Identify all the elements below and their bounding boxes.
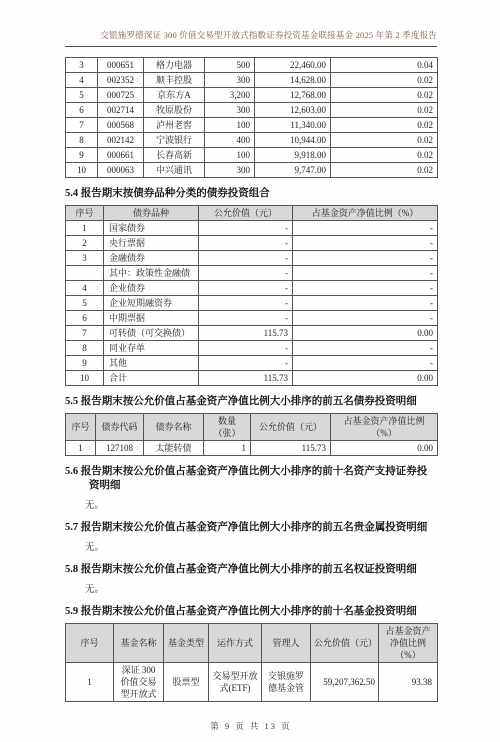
table-cell: 企业短期融资券 [104,296,199,311]
table-cell: 可转债（可交换债） [104,326,199,341]
table-row: 5企业短期融资券-- [66,296,438,311]
table-cell: 0.00 [293,371,438,386]
table-cell: 太能转债 [144,441,204,456]
table-row: 8同业存单-- [66,341,438,356]
table-cell: 金融债券 [104,251,199,266]
table-cell: 115.73 [199,326,293,341]
section-5-6-none: 无。 [85,497,437,511]
table-cell: 长春高新 [144,148,205,163]
column-header: 管理人 [262,624,311,663]
table-cell: - [199,266,293,281]
table-cell: 300 [205,73,255,88]
table-row: 9000661长春高新1009,918.000.02 [66,148,438,163]
column-header: 序号 [66,624,114,663]
section-5-7-title: 5.7 报告期末按公允价值占基金资产净值比例大小排序的前五名贵金属投资明细 [65,521,437,535]
section-5-9-title: 5.9 报告期末按公允价值占基金资产净值比例大小排序的前十名基金投资明细 [65,605,437,619]
table-cell [66,266,104,281]
column-header: 债券名称 [144,414,204,441]
table-cell: 其中：政策性金融债 [104,266,199,281]
table-cell: 115.73 [199,371,293,386]
table-cell: 0.02 [331,163,438,178]
table-row: 6中期票据-- [66,311,438,326]
table-cell: - [199,221,293,236]
table-cell: 国家债券 [104,221,199,236]
table-row: 4002352顺丰控股30014,628.000.02 [66,73,438,88]
table-cell: 9 [66,148,98,163]
table-cell: - [293,311,438,326]
table-cell: 12,603.00 [255,103,331,118]
table-cell: 3 [66,58,98,73]
table-cell: 93.38 [379,663,438,702]
section-5-8-title: 5.8 报告期末按公允价值占基金资产净值比例大小排序的前五名权证投资明细 [65,563,437,577]
table-cell: 1 [66,663,114,702]
table-cell: 牧原股份 [144,103,205,118]
table-cell: 9,918.00 [255,148,331,163]
column-header: 基金名称 [114,624,164,663]
table-cell: 交易型开放式(ETF) [209,663,262,702]
table-row: 8002142宁波银行40010,944.000.02 [66,133,438,148]
table-cell: 3,200 [205,88,255,103]
section-5-6-title: 5.6 报告期末按公允价值占基金资产净值比例大小排序的前十名资产支持证券投资明细 [65,465,437,493]
table-cell: 000661 [98,148,144,163]
table-cell: 300 [205,103,255,118]
table-row: 10合计115.730.00 [66,371,438,386]
table-cell: 000568 [98,118,144,133]
table-row: 10000063中兴通讯3009,747.000.02 [66,163,438,178]
table-cell: 交银施罗德基金管 [262,663,311,702]
table-cell: 4 [66,281,104,296]
table-row: 6002714牧原股份30012,603.000.02 [66,103,438,118]
fund-investment-table: 序号基金名称基金类型运作方式管理人公允价值（元）占基金资产净值比例（%）1深证 … [65,623,438,702]
table-cell: 中期票据 [104,311,199,326]
table-cell: 宁波银行 [144,133,205,148]
table-cell: 127108 [96,441,144,456]
table-cell: - [199,236,293,251]
table-cell: 1 [204,441,251,456]
table-cell: 10 [66,163,98,178]
table-cell: 4 [66,73,98,88]
table-cell: 0.02 [331,148,438,163]
column-header: 占基金资产净值比例（%） [293,206,438,221]
table-cell: 深证 300 价值交易型开放式 [114,663,164,702]
table-cell: - [293,251,438,266]
table-row: 1国家债券-- [66,221,438,236]
table-cell: - [199,356,293,371]
table-cell: 0.02 [331,133,438,148]
table-cell: - [293,266,438,281]
table-cell: 10 [66,371,104,386]
column-header: 占基金资产净值比例（%） [379,624,438,663]
table-row: 4企业债券-- [66,281,438,296]
table-cell: 002352 [98,73,144,88]
table-cell: 央行票据 [104,236,199,251]
column-header: 序号 [66,206,104,221]
report-title: 交银施罗德深证 300 价值交易型开放式指数证券投资基金联接基金 2025 年第… [100,30,437,40]
table-cell: 100 [205,148,255,163]
table-row: 5000725京东方A3,20012,768.000.02 [66,88,438,103]
table-cell: 其他 [104,356,199,371]
table-cell: 115.73 [251,441,331,456]
report-page: 交银施罗德深证 300 价值交易型开放式指数证券投资基金联接基金 2025 年第… [0,0,500,742]
table-cell: 7 [66,118,98,133]
stock-holdings-table: 3000651格力电器50022,460.000.044002352顺丰控股30… [65,57,438,178]
section-5-7-none: 无。 [85,539,437,553]
table-cell: 8 [66,341,104,356]
table-cell: 300 [205,163,255,178]
table-cell: 9 [66,356,104,371]
bond-type-table: 序号债券品种公允价值（元）占基金资产净值比例（%）1国家债券--2央行票据--3… [65,205,438,386]
table-cell: 22,460.00 [255,58,331,73]
table-row: 1127108太能转债1115.730.00 [66,441,438,456]
column-header: 债券代码 [96,414,144,441]
table-cell: 59,207,362.50 [311,663,379,702]
table-cell: - [199,296,293,311]
table-header-row: 序号债券代码债券名称数量（张）公允价值（元）占基金资产净值比例（%） [66,414,438,441]
table-cell: 11,340.00 [255,118,331,133]
table-cell: - [293,341,438,356]
table-cell: 5 [66,296,104,311]
table-row: 3000651格力电器50022,460.000.04 [66,58,438,73]
column-header: 序号 [66,414,96,441]
table-cell: - [199,281,293,296]
table-cell: 股票型 [164,663,209,702]
table-cell: 京东方A [144,88,205,103]
table-row: 9其他-- [66,356,438,371]
table-cell: 同业存单 [104,341,199,356]
table-header-row: 序号债券品种公允价值（元）占基金资产净值比例（%） [66,206,438,221]
table-cell: 1 [66,441,96,456]
table-cell: 0.02 [331,73,438,88]
column-header: 基金类型 [164,624,209,663]
table-cell: - [293,281,438,296]
table-cell: 格力电器 [144,58,205,73]
table-cell: 0.00 [331,441,438,456]
table-row: 3金融债券-- [66,251,438,266]
table-cell: 002714 [98,103,144,118]
table-cell: 0.02 [331,103,438,118]
table-cell: 3 [66,251,104,266]
table-cell: 8 [66,133,98,148]
table-cell: 6 [66,311,104,326]
table-cell: 000063 [98,163,144,178]
section-5-8-none: 无。 [85,581,437,595]
table-cell: 泸州老窖 [144,118,205,133]
column-header: 公允价值（元） [251,414,331,441]
table-row: 7000568泸州老窖10011,340.000.02 [66,118,438,133]
table-cell: 100 [205,118,255,133]
column-header: 数量（张） [204,414,251,441]
table-cell: 002142 [98,133,144,148]
table-cell: - [199,311,293,326]
table-cell: 6 [66,103,98,118]
column-header: 运作方式 [209,624,262,663]
column-header: 公允价值（元） [199,206,293,221]
table-cell: 10,944.00 [255,133,331,148]
table-row: 7可转债（可交换债）115.730.00 [66,326,438,341]
table-cell: 企业债券 [104,281,199,296]
table-cell: - [293,236,438,251]
column-header: 公允价值（元） [311,624,379,663]
table-cell: 0.02 [331,118,438,133]
table-cell: 中兴通讯 [144,163,205,178]
table-cell: 5 [66,88,98,103]
column-header: 占基金资产净值比例（%） [331,414,438,441]
page-header: 交银施罗德深证 300 价值交易型开放式指数证券投资基金联接基金 2025 年第… [65,30,437,47]
table-row: 1深证 300 价值交易型开放式股票型交易型开放式(ETF)交银施罗德基金管59… [66,663,438,702]
table-cell: 000651 [98,58,144,73]
table-cell: 0.02 [331,88,438,103]
table-cell: 12,768.00 [255,88,331,103]
table-cell: - [199,251,293,266]
top-bonds-table: 序号债券代码债券名称数量（张）公允价值（元）占基金资产净值比例（%）112710… [65,413,438,456]
table-cell: - [199,341,293,356]
table-cell: 14,628.00 [255,73,331,88]
section-5-4-title: 5.4 报告期末按债券品种分类的债券投资组合 [65,187,437,201]
column-header: 债券品种 [104,206,199,221]
section-5-5-title: 5.5 报告期末按公允价值占基金资产净值比例大小排序的前五名债券投资明细 [65,395,437,409]
page-number: 第 9 页 共 13 页 [65,720,437,732]
table-cell: - [293,296,438,311]
table-cell: 500 [205,58,255,73]
table-cell: 2 [66,236,104,251]
table-cell: - [293,221,438,236]
table-row: 2央行票据-- [66,236,438,251]
table-cell: 0.04 [331,58,438,73]
table-cell: 1 [66,221,104,236]
table-cell: 400 [205,133,255,148]
table-row: 其中：政策性金融债-- [66,266,438,281]
table-cell: 7 [66,326,104,341]
table-header-row: 序号基金名称基金类型运作方式管理人公允价值（元）占基金资产净值比例（%） [66,624,438,663]
table-cell: - [293,356,438,371]
table-cell: 9,747.00 [255,163,331,178]
table-cell: 0.00 [293,326,438,341]
table-cell: 合计 [104,371,199,386]
table-cell: 顺丰控股 [144,73,205,88]
table-cell: 000725 [98,88,144,103]
